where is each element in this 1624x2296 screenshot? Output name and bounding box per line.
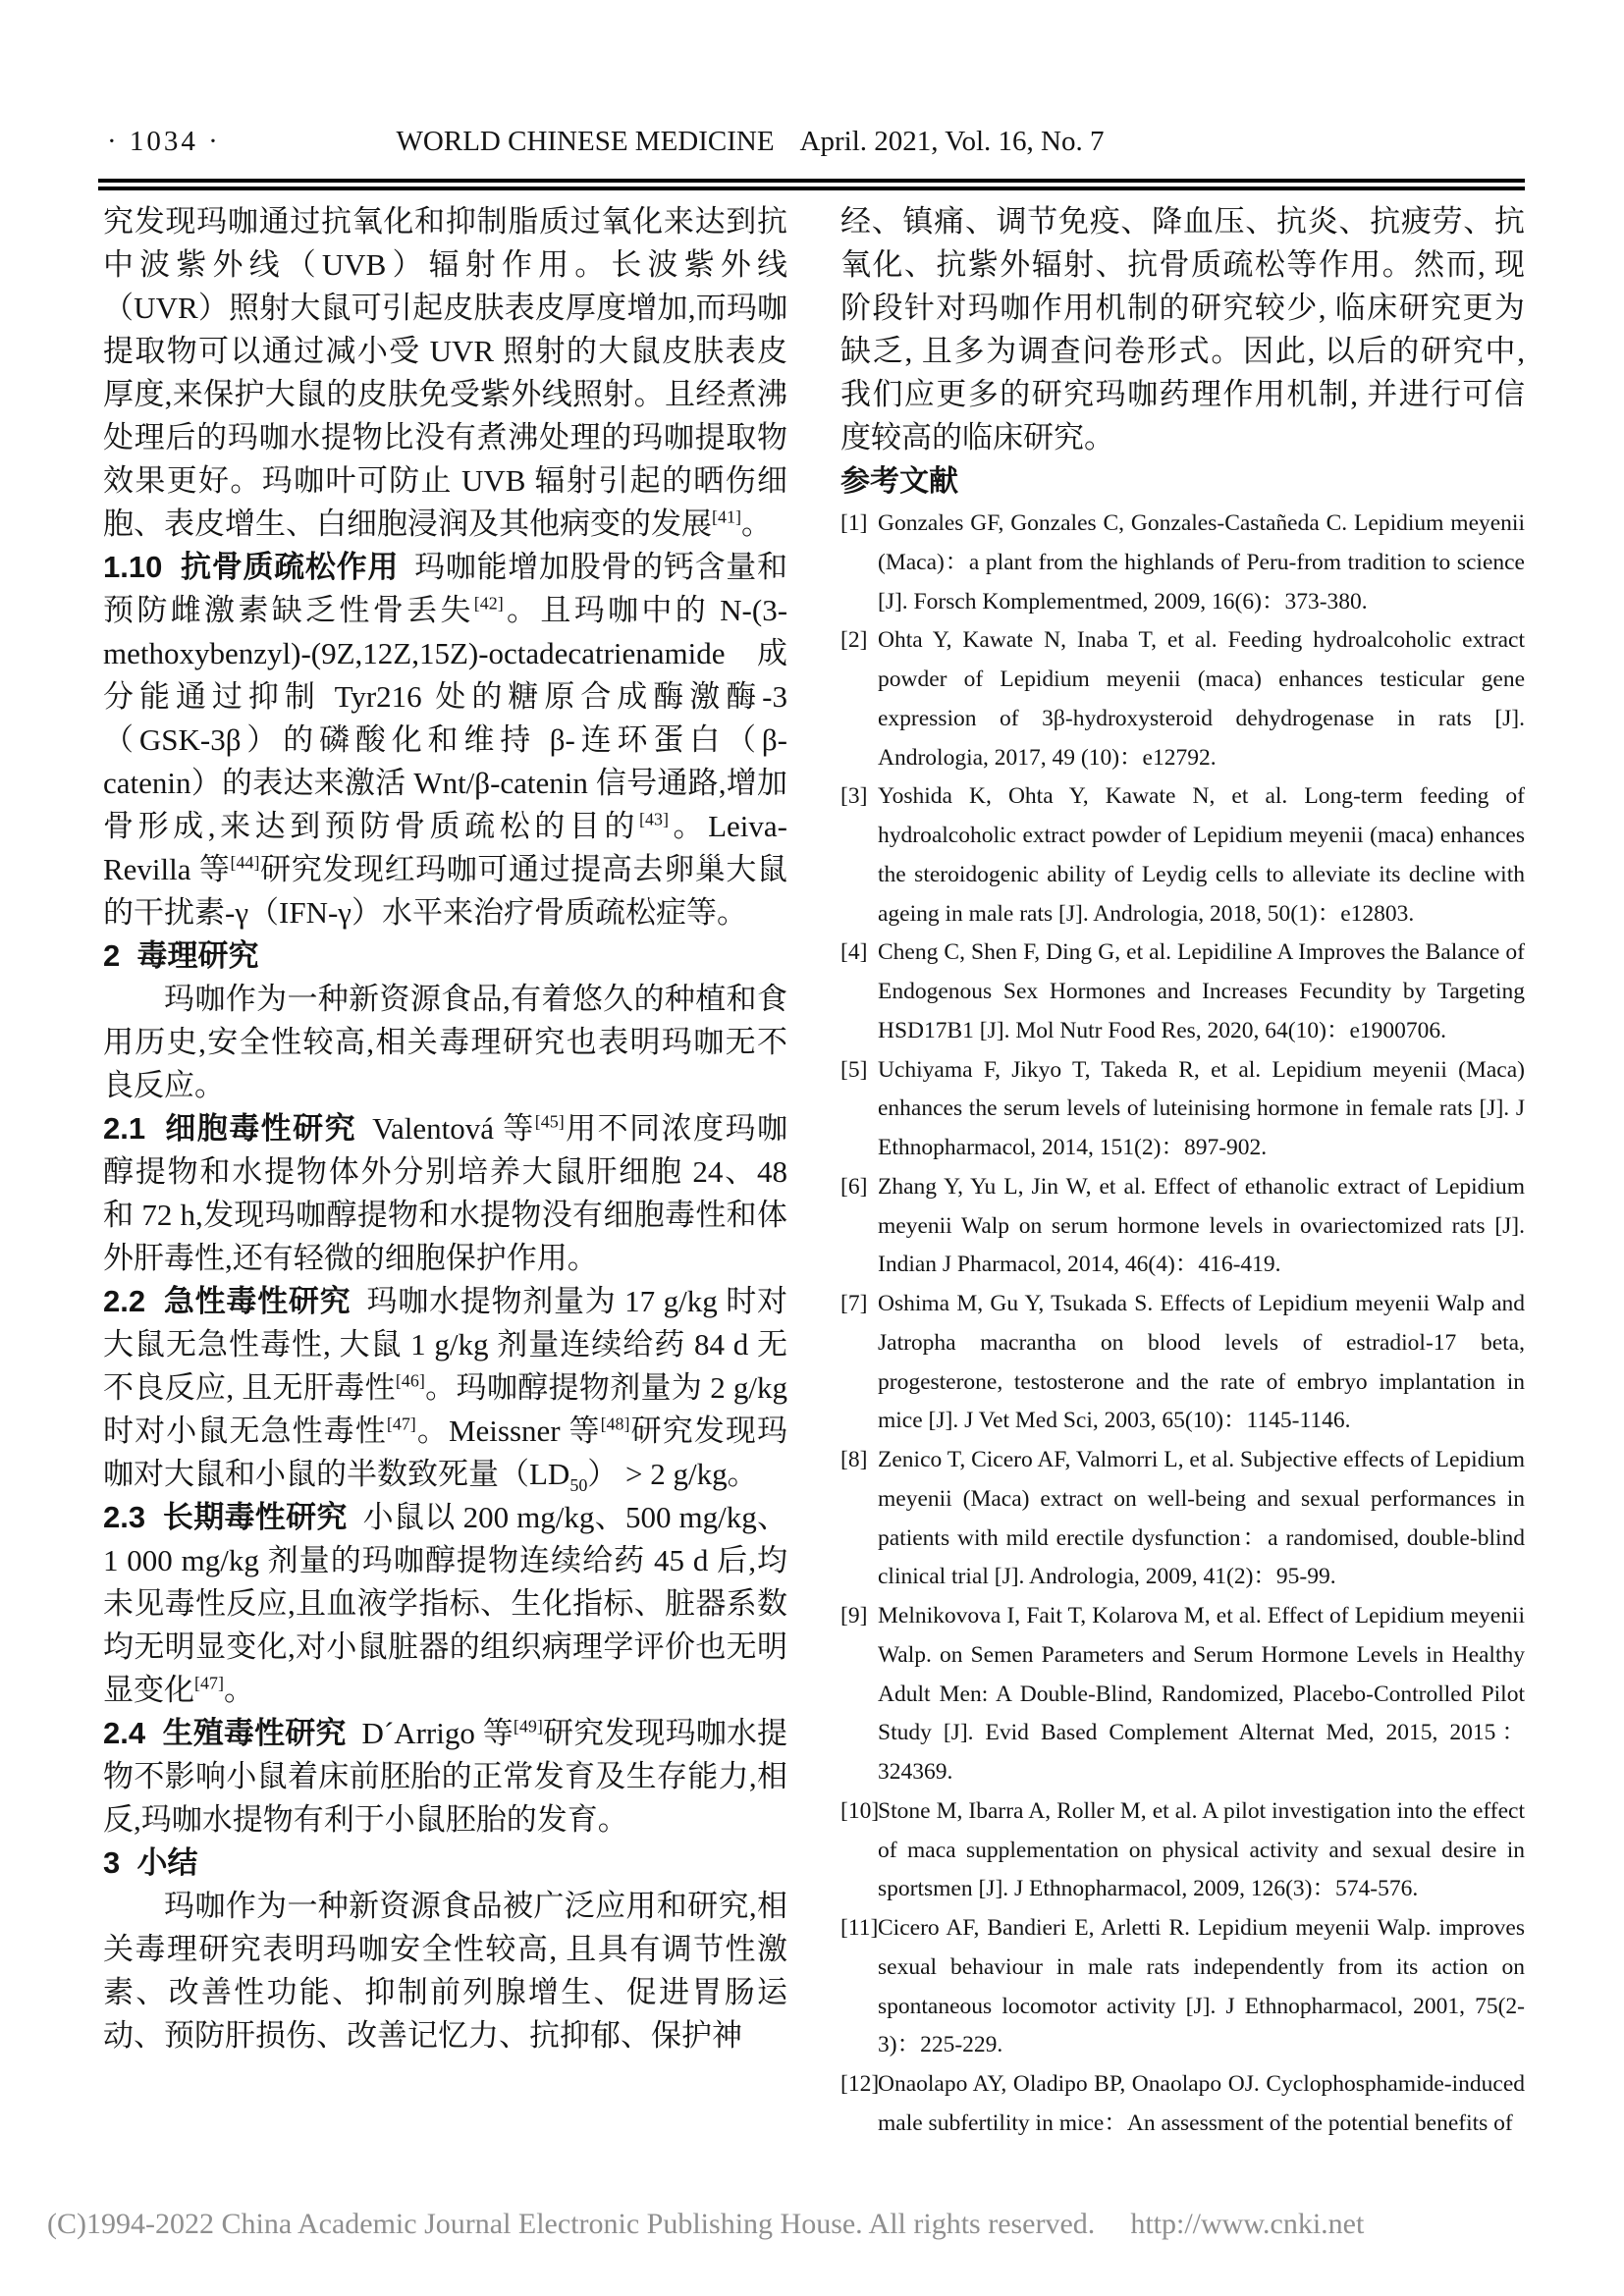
subsection-paragraph: 1.10 抗骨质疏松作用玛咖能增加股骨的钙含量和预防雌激素缺乏性骨丢失[42]。… (103, 546, 787, 934)
reference-number: [4] (840, 934, 867, 973)
reference-number: [9] (840, 1597, 867, 1636)
header-double-rule (98, 179, 1525, 190)
reference-number: [7] (840, 1285, 867, 1324)
citation-marker: [49] (514, 1717, 543, 1736)
reference-text: Cheng C, Shen F, Ding G, et al. Lepidili… (878, 939, 1525, 1043)
reference-number: [6] (840, 1168, 867, 1207)
reference-text: Stone M, Ibarra A, Roller M, et al. A pi… (878, 1798, 1525, 1902)
reference-item: [7]Oshima M, Gu Y, Tsukada S. Effects of… (840, 1285, 1525, 1441)
reference-item: [10]Stone M, Ibarra A, Roller M, et al. … (840, 1792, 1525, 1909)
reference-text: Zhang Y, Yu L, Jin W, et al. Effect of e… (878, 1174, 1525, 1278)
right-column-intro: 经、镇痛、调节免疫、降血压、抗炎、抗疲劳、抗氧化、抗紫外辐射、抗骨质疏松等作用。… (840, 200, 1525, 459)
reference-number: [2] (840, 621, 867, 661)
right-column: 经、镇痛、调节免疫、降血压、抗炎、抗疲劳、抗氧化、抗紫外辐射、抗骨质疏松等作用。… (840, 200, 1525, 2144)
subsection-paragraph: 2.4 生殖毒性研究D´Arrigo 等[49]研究发现玛咖水提物不影响小鼠着床… (103, 1712, 787, 1842)
reference-item: [3]Yoshida K, Ohta Y, Kawate N, et al. L… (840, 777, 1525, 934)
reference-item: [5]Uchiyama F, Jikyo T, Takeda R, et al.… (840, 1051, 1525, 1168)
reference-text: Melnikovova I, Fait T, Kolarova M, et al… (878, 1603, 1525, 1785)
cnki-url: http://www.cnki.net (1130, 2208, 1364, 2240)
subscript-text: 50 (569, 1475, 587, 1495)
reference-number: [11] (840, 1909, 878, 1949)
reference-text: Uchiyama F, Jikyo T, Takeda R, et al. Le… (878, 1057, 1525, 1161)
body-paragraph: 玛咖作为一种新资源食品,有着悠久的种植和食用历史,安全性较高,相关毒理研究也表明… (103, 978, 787, 1107)
reference-item: [8]Zenico T, Cicero AF, Valmorri L, et a… (840, 1441, 1525, 1597)
references-list: [1]Gonzales GF, Gonzales C, Gonzales-Cas… (840, 505, 1525, 2144)
reference-item: [6]Zhang Y, Yu L, Jin W, et al. Effect o… (840, 1168, 1525, 1285)
journal-scanned-page: · 1034 · WORLD CHINESE MEDICINEApril. 20… (0, 0, 1624, 2296)
copyright-text: (C)1994-2022 China Academic Journal Elec… (47, 2208, 1095, 2240)
reference-number: [3] (840, 777, 867, 817)
section-heading: 3 小结 (103, 1842, 787, 1885)
issue-info: April. 2021, Vol. 16, No. 7 (800, 126, 1105, 157)
reference-item: [2]Ohta Y, Kawate N, Inaba T, et al. Fee… (840, 621, 1525, 777)
reference-text: Onaolapo AY, Oladipo BP, Onaolapo OJ. Cy… (878, 2071, 1525, 2136)
subsection-label: 2.3 长期毒性研究 (103, 1500, 348, 1534)
journal-title: WORLD CHINESE MEDICINE (397, 126, 775, 157)
body-paragraph: 究发现玛咖通过抗氧化和抑制脂质过氧化来达到抗中波紫外线（UVB）辐射作用。长波紫… (103, 200, 787, 546)
left-column: 究发现玛咖通过抗氧化和抑制脂质过氧化来达到抗中波紫外线（UVB）辐射作用。长波紫… (103, 200, 787, 2057)
body-paragraph: 经、镇痛、调节免疫、降血压、抗炎、抗疲劳、抗氧化、抗紫外辐射、抗骨质疏松等作用。… (840, 200, 1525, 459)
citation-marker: [48] (601, 1415, 630, 1434)
subsection-label: 1.10 抗骨质疏松作用 (103, 550, 399, 584)
section-heading: 2 毒理研究 (103, 934, 787, 978)
subsection-paragraph: 2.2 急性毒性研究玛咖水提物剂量为 17 g/kg 时对大鼠无急性毒性, 大鼠… (103, 1280, 787, 1496)
subsection-paragraph: 2.1 细胞毒性研究Valentová 等[45]用不同浓度玛咖醇提物和水提物体… (103, 1107, 787, 1280)
reference-item: [4]Cheng C, Shen F, Ding G, et al. Lepid… (840, 934, 1525, 1050)
journal-header-line: WORLD CHINESE MEDICINEApril. 2021, Vol. … (103, 126, 1397, 158)
page-footer: (C)1994-2022 China Academic Journal Elec… (47, 2207, 1579, 2242)
reference-text: Oshima M, Gu Y, Tsukada S. Effects of Le… (878, 1291, 1525, 1433)
reference-number: [5] (840, 1051, 867, 1091)
body-paragraph: 玛咖作为一种新资源食品被广泛应用和研究,相关毒理研究表明玛咖安全性较高, 且具有… (103, 1885, 787, 2057)
citation-marker: [42] (474, 594, 504, 614)
citation-marker: [47] (387, 1415, 416, 1434)
reference-number: [8] (840, 1441, 867, 1480)
citation-marker: [46] (396, 1371, 425, 1391)
page-header: · 1034 · WORLD CHINESE MEDICINEApril. 20… (103, 124, 1525, 165)
reference-text: Gonzales GF, Gonzales C, Gonzales-Castañ… (878, 510, 1525, 614)
citation-marker: [43] (639, 810, 669, 829)
reference-number: [10] (840, 1792, 879, 1832)
reference-item: [11]Cicero AF, Bandieri E, Arletti R. Le… (840, 1909, 1525, 2065)
reference-text: Ohta Y, Kawate N, Inaba T, et al. Feedin… (878, 627, 1525, 770)
reference-text: Zenico T, Cicero AF, Valmorri L, et al. … (878, 1447, 1525, 1589)
subsection-label: 2.2 急性毒性研究 (103, 1284, 351, 1318)
citation-marker: [44] (231, 853, 260, 873)
reference-text: Yoshida K, Ohta Y, Kawate N, et al. Long… (878, 783, 1525, 926)
subsection-paragraph: 2.3 长期毒性研究小鼠以 200 mg/kg、500 mg/kg、1 000 … (103, 1496, 787, 1712)
reference-item: [9]Melnikovova I, Fait T, Kolarova M, et… (840, 1597, 1525, 1792)
subsection-label: 2.4 生殖毒性研究 (103, 1716, 347, 1750)
reference-number: [12] (840, 2065, 879, 2105)
reference-number: [1] (840, 505, 867, 544)
reference-item: [12]Onaolapo AY, Oladipo BP, Onaolapo OJ… (840, 2065, 1525, 2144)
reference-text: Cicero AF, Bandieri E, Arletti R. Lepidi… (878, 1915, 1525, 2057)
citation-marker: [41] (712, 507, 741, 527)
citation-marker: [45] (535, 1112, 565, 1132)
references-heading: 参考文献 (840, 459, 1525, 505)
subsection-label: 2.1 细胞毒性研究 (103, 1111, 356, 1146)
reference-item: [1]Gonzales GF, Gonzales C, Gonzales-Cas… (840, 505, 1525, 621)
citation-marker: [47] (194, 1674, 224, 1693)
